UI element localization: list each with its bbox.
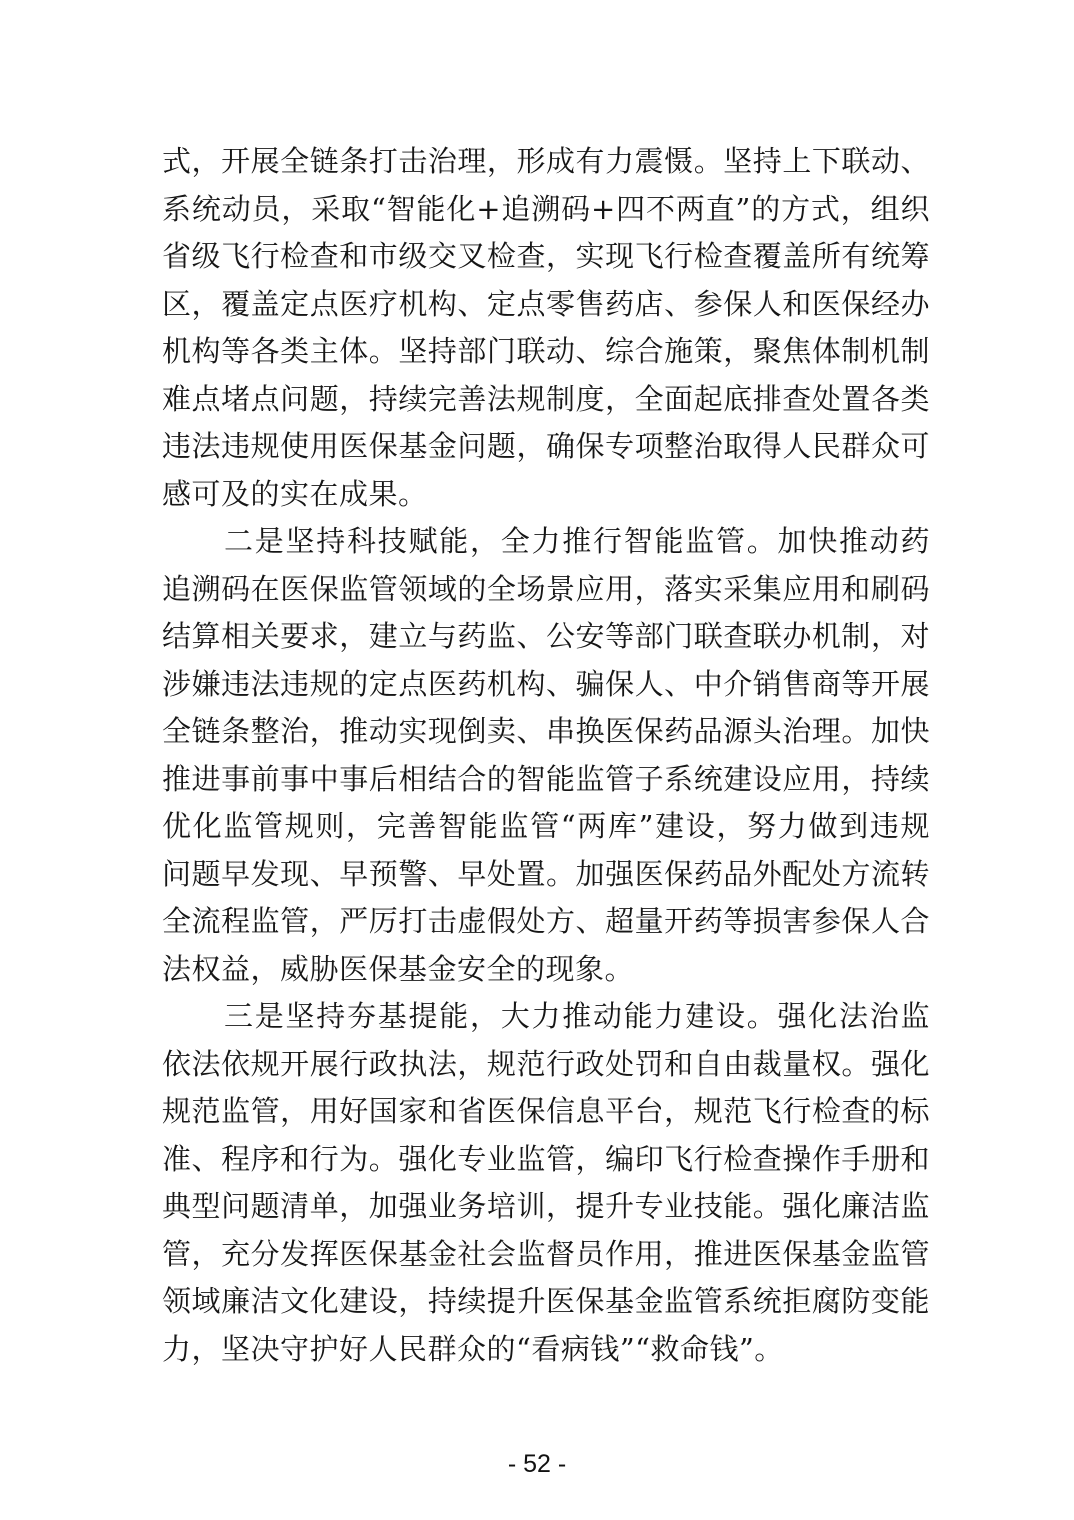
- text-line: 领域廉洁文化建设，持续提升医保基金监管系统拒腐防变能: [162, 1278, 930, 1326]
- text-line: 全链条整治，推动实现倒卖、串换医保药品源头治理。加快: [162, 708, 930, 756]
- text-line: 力，坚决守护好人民群众的“看病钱”“救命钱”。: [162, 1326, 930, 1374]
- paragraph: 二是坚持科技赋能，全力推行智能监管。加快推动药品 追溯码在医保监管领域的全场景应…: [162, 518, 930, 993]
- text-line: 省级飞行检查和市级交叉检查，实现飞行检查覆盖所有统筹: [162, 233, 930, 281]
- text-line: 结算相关要求，建立与药监、公安等部门联查联办机制，对: [162, 613, 930, 661]
- text-line: 二是坚持科技赋能，全力推行智能监管。加快推动药品: [162, 518, 930, 566]
- text-line: 推进事前事中事后相结合的智能监管子系统建设应用，持续: [162, 756, 930, 804]
- text-line: 规范监管，用好国家和省医保信息平台，规范飞行检查的标: [162, 1088, 930, 1136]
- text-line: 全流程监管，严厉打击虚假处方、超量开药等损害参保人合: [162, 898, 930, 946]
- text-line: 管，充分发挥医保基金社会监督员作用，推进医保基金监管: [162, 1231, 930, 1279]
- text-line: 区，覆盖定点医疗机构、定点零售药店、参保人和医保经办: [162, 281, 930, 329]
- text-line: 涉嫌违法违规的定点医药机构、骗保人、中介销售商等开展: [162, 661, 930, 709]
- text-line: 三是坚持夯基提能，大力推动能力建设。强化法治监管，: [162, 993, 930, 1041]
- text-line: 问题早发现、早预警、早处置。加强医保药品外配处方流转: [162, 851, 930, 899]
- text-line: 感可及的实在成果。: [162, 471, 930, 519]
- text-line: 违法违规使用医保基金问题，确保专项整治取得人民群众可: [162, 423, 930, 471]
- text-line: 难点堵点问题，持续完善法规制度，全面起底排查处置各类: [162, 376, 930, 424]
- text-line: 机构等各类主体。坚持部门联动、综合施策，聚焦体制机制: [162, 328, 930, 376]
- page-number: - 52 -: [0, 1450, 1074, 1479]
- document-page: 式，开展全链条打击治理，形成有力震慑。坚持上下联动、 系统动员，采取“智能化+追…: [0, 0, 1074, 1520]
- text-line: 追溯码在医保监管领域的全场景应用，落实采集应用和刷码: [162, 566, 930, 614]
- text-line: 系统动员，采取“智能化+追溯码+四不两直”的方式，组织: [162, 186, 930, 234]
- text-line: 法权益，威胁医保基金安全的现象。: [162, 946, 930, 994]
- text-block: 式，开展全链条打击治理，形成有力震慑。坚持上下联动、 系统动员，采取“智能化+追…: [162, 138, 930, 1373]
- text-line: 依法依规开展行政执法，规范行政处罚和自由裁量权。强化: [162, 1041, 930, 1089]
- text-line: 优化监管规则，完善智能监管“两库”建设，努力做到违规: [162, 803, 930, 851]
- paragraph: 式，开展全链条打击治理，形成有力震慑。坚持上下联动、 系统动员，采取“智能化+追…: [162, 138, 930, 518]
- text-line: 式，开展全链条打击治理，形成有力震慑。坚持上下联动、: [162, 138, 930, 186]
- text-line: 典型问题清单，加强业务培训，提升专业技能。强化廉洁监: [162, 1183, 930, 1231]
- text-line: 准、程序和行为。强化专业监管，编印飞行检查操作手册和: [162, 1136, 930, 1184]
- paragraph: 三是坚持夯基提能，大力推动能力建设。强化法治监管， 依法依规开展行政执法，规范行…: [162, 993, 930, 1373]
